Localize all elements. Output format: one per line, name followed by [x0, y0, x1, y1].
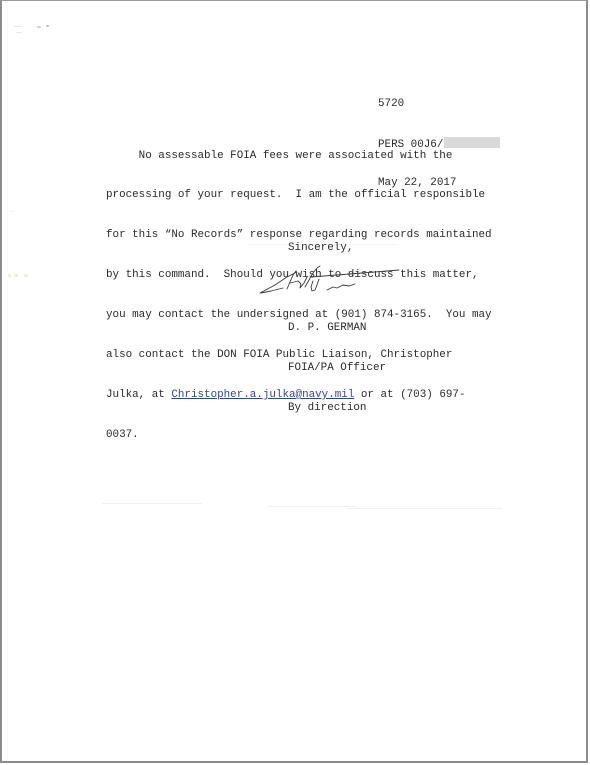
closing: Sincerely,	[288, 242, 353, 255]
body-text: Julka, at	[106, 389, 171, 401]
scan-artifact	[14, 274, 18, 277]
scan-artifact	[37, 26, 41, 28]
signer-authority: By direction	[288, 402, 386, 415]
signature	[257, 263, 402, 299]
scan-artifact	[102, 503, 202, 504]
body-line: processing of your request. I am the off…	[106, 189, 492, 202]
signer-title: FOIA/PA Officer	[288, 362, 386, 375]
scan-artifact	[10, 211, 15, 212]
body-line: No assessable FOIA fees were associated …	[106, 150, 492, 163]
letter-page: 5720 PERS 00J6/ May 22, 2017 No assessab…	[0, 0, 588, 763]
signer-block: D. P. GERMAN FOIA/PA Officer By directio…	[288, 295, 386, 442]
scan-artifact	[267, 506, 357, 507]
ssic-code: 5720	[378, 98, 500, 111]
scan-artifact	[8, 274, 11, 277]
signer-name: D. P. GERMAN	[288, 322, 386, 335]
scan-artifact	[16, 32, 22, 33]
scan-artifact	[46, 25, 49, 27]
handwritten-signature-icon	[257, 263, 402, 299]
scan-artifact	[24, 274, 28, 277]
scan-artifact	[347, 508, 502, 509]
body-line: for this “No Records” response regarding…	[106, 229, 492, 242]
scan-artifact	[14, 26, 22, 27]
